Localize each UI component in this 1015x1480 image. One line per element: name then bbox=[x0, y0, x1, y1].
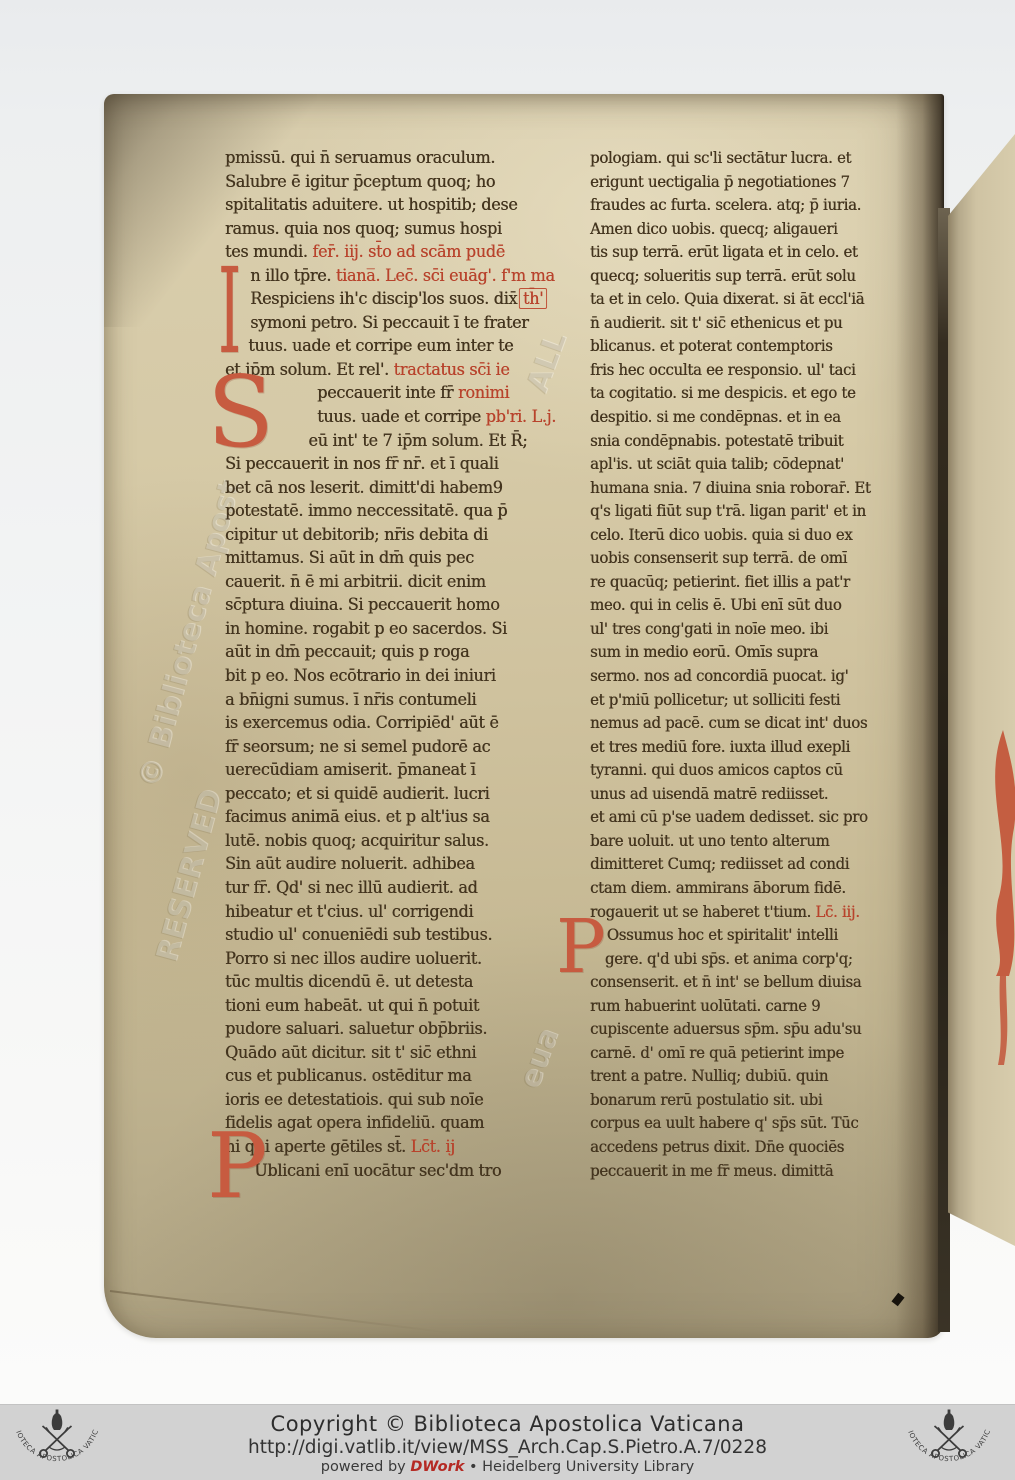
text-run: spitalitatis aduitere. ut hospitib; dese bbox=[225, 195, 517, 214]
manuscript-line: spitalitatis aduitere. ut hospitib; dese bbox=[225, 193, 555, 217]
text-run: Respiciens ih'c discip'los suos. dix̄ bbox=[250, 289, 517, 308]
text-run: pmissū. qui n̄ seruamus oraculum. bbox=[225, 148, 495, 167]
text-run: quecq; solueritis sup terrā. erūt solu bbox=[590, 266, 856, 285]
manuscript-line: uerecūdiam amiserit. p̄maneat ī bbox=[225, 758, 555, 782]
vatican-library-logo-right: BIBLIOTECA APOSTOLICA VATICANA bbox=[898, 1407, 1000, 1479]
manuscript-line: pmissū. qui n̄ seruamus oraculum. bbox=[225, 146, 555, 170]
manuscript-line: peccato; et si quidē audierit. lucri bbox=[225, 782, 555, 806]
text-run: n̄ audierit. sit t' sic̄ ethenicus et pu bbox=[590, 313, 842, 332]
manuscript-line: et ami cū p'se uadem dedisset. sic pro bbox=[590, 805, 889, 829]
text-run: corpus ea uult habere q' sp̄s sūt. Tūc bbox=[590, 1113, 858, 1132]
text-run: fr̄ seorsum; ne si semel pudorē ac bbox=[225, 737, 490, 756]
manuscript-line: bit p eo. Nos ecōtrario in dei iniuri bbox=[225, 664, 555, 688]
text-run: ramus. quia nos quoq; sumus hospi bbox=[225, 219, 502, 238]
manuscript-line: bare uoluit. ut uno tento alterum bbox=[590, 829, 889, 853]
manuscript-line: nemus ad pacē. cum se dicat int' duos bbox=[590, 711, 889, 735]
text-run: sc̄ptura diuina. Si peccauerit homo bbox=[225, 595, 500, 614]
manuscript-line: ramus. quia nos quoq; sumus hospi bbox=[225, 217, 555, 241]
text-run: cupiscente aduersus sp̄m. sp̄u adu'su bbox=[590, 1019, 861, 1038]
text-run: tyranni. qui duos amicos captos cū bbox=[590, 760, 843, 779]
manuscript-line: aūt in dm̄ peccauit; quis p roga bbox=[225, 640, 555, 664]
manuscript-line: sc̄ptura diuina. Si peccauerit homo bbox=[225, 593, 555, 617]
manuscript-line: q's ligati fiūt sup t'rā. ligan parit' e… bbox=[590, 499, 889, 523]
footer-text-block: Copyright © Biblioteca Apostolica Vatica… bbox=[0, 1405, 1015, 1480]
illuminated-initial-I: I bbox=[218, 252, 241, 370]
manuscript-line: accedens petrus dixit. Dn̄e quociēs bbox=[590, 1135, 889, 1159]
text-run: tur fr̄. Qd' si nec illū audierit. ad bbox=[225, 878, 477, 897]
footer-bar: Copyright © Biblioteca Apostolica Vatica… bbox=[0, 1404, 1015, 1480]
red-flourish-decoration bbox=[948, 130, 1015, 1246]
text-run: apl'is. ut sciāt quia talib; cōdepnat' bbox=[590, 454, 844, 473]
manuscript-line: tyranni. qui duos amicos captos cū bbox=[590, 758, 889, 782]
powered-by-suffix: • Heidelberg University Library bbox=[464, 1459, 694, 1475]
text-run: n illo tp̄re. bbox=[250, 266, 336, 285]
manuscript-line: et ip̄m solum. Et rel'. tractatus sc̄i i… bbox=[225, 358, 555, 382]
manuscript-line: symoni petro. Si peccauit ī te frater bbox=[225, 311, 555, 335]
text-run: re quacūq; petierint. fiet illis a pat'r bbox=[590, 572, 850, 591]
manuscript-line: Ublicani enī uocātur sec'dm tro bbox=[225, 1159, 555, 1183]
text-run: sermo. nos ad concordiā puocat. ig' bbox=[590, 666, 848, 685]
manuscript-line: hibeatur et t'cius. ul' corrigendi bbox=[225, 900, 555, 924]
text-run: bit p eo. Nos ecōtrario in dei iniuri bbox=[225, 666, 496, 685]
illuminated-initial-P-left: P bbox=[207, 1122, 268, 1212]
text-run: despitio. si me condēpnas. et in ea bbox=[590, 407, 841, 426]
source-url: http://digi.vatlib.it/view/MSS_Arch.Cap.… bbox=[248, 1437, 767, 1458]
text-run: unus ad uisendā matrē rediisset. bbox=[590, 784, 828, 803]
manuscript-line: consenserit. et n̄ int' se bellum diuisa bbox=[590, 970, 889, 994]
manuscript-line: ioris ee detestatiois. qui sub noīe bbox=[225, 1088, 555, 1112]
manuscript-line: carnē. d' omī re quā petierint impe bbox=[590, 1041, 889, 1065]
text-run: Ublicani enī uocātur sec'dm tro bbox=[254, 1161, 501, 1180]
vatican-library-logo-left: BIBLIOTECA APOSTOLICA VATICANA bbox=[6, 1407, 108, 1479]
text-run: pologiam. qui sc'li sectātur lucra. et bbox=[590, 148, 851, 167]
manuscript-line: bet cā nos leserit. dimitt'di habem9 bbox=[225, 476, 555, 500]
text-run: dimitteret Cumq; rediisset ad condi bbox=[590, 854, 849, 873]
manuscript-line: a bn̄igni sumus. ī nr̄is contumeli bbox=[225, 688, 555, 712]
manuscript-line: rogauerit ut se haberet t'tium. Lc̄. iij… bbox=[590, 900, 889, 924]
text-run: tuus. uade et corripe eum inter te bbox=[248, 336, 513, 355]
manuscript-line: facimus animā eius. et p alt'ius sa bbox=[225, 805, 555, 829]
manuscript-line: Respiciens ih'c discip'los suos. dix̄th̄… bbox=[225, 287, 555, 311]
text-run: consenserit. et n̄ int' se bellum diuisa bbox=[590, 972, 861, 991]
manuscript-line: Salubre ē igitur p̄ceptum quoq; ho bbox=[225, 170, 555, 194]
manuscript-line: fr̄ seorsum; ne si semel pudorē ac bbox=[225, 735, 555, 759]
text-run: hibeatur et t'cius. ul' corrigendi bbox=[225, 902, 473, 921]
crossed-keys-icon bbox=[932, 1426, 966, 1457]
powered-by-line: powered by DWork • Heidelberg University… bbox=[321, 1459, 695, 1475]
manuscript-line: fraudes ac furta. scelera. atq; p̄ iuria… bbox=[590, 193, 889, 217]
manuscript-line: et p'miū pollicetur; ut solliciti festi bbox=[590, 688, 889, 712]
manuscript-line: corpus ea uult habere q' sp̄s sūt. Tūc bbox=[590, 1111, 889, 1135]
manuscript-line: tis sup terrā. erūt ligata et in celo. e… bbox=[590, 240, 889, 264]
text-run: tioni eum habeāt. ut qui n̄ potuit bbox=[225, 996, 479, 1015]
manuscript-line: pologiam. qui sc'li sectātur lucra. et bbox=[590, 146, 889, 170]
text-run: nemus ad pacē. cum se dicat int' duos bbox=[590, 713, 867, 732]
watermark-text: RESERVED bbox=[149, 786, 229, 966]
parchment-crease bbox=[110, 1290, 453, 1334]
text-run: meo. qui in celis ē. Ubi enī sūt duo bbox=[590, 595, 841, 614]
manuscript-line: ta et in celo. Quia dixerat. si āt eccl'… bbox=[590, 287, 889, 311]
text-run: tuus. uade et corripe bbox=[317, 407, 486, 426]
text-run: accedens petrus dixit. Dn̄e quociēs bbox=[590, 1137, 844, 1156]
text-run: rogauerit ut se haberet t'tium. bbox=[590, 902, 815, 921]
text-run: bare uoluit. ut uno tento alterum bbox=[590, 831, 829, 850]
manuscript-line: apl'is. ut sciāt quia talib; cōdepnat' bbox=[590, 452, 889, 476]
manuscript-line: blicanus. et poterat contemptoris bbox=[590, 334, 889, 358]
text-run: studio ul' conueniēdi sub testibus. bbox=[225, 925, 492, 944]
text-run: Ossumus hoc et spiritalit' intelli bbox=[607, 925, 838, 944]
manuscript-line: in homine. rogabit p eo sacerdos. Si bbox=[225, 617, 555, 641]
text-run: ta cogitatio. si me despicis. et ego te bbox=[590, 383, 856, 402]
manuscript-line: tioni eum habeāt. ut qui n̄ potuit bbox=[225, 994, 555, 1018]
gutter-shadow bbox=[896, 94, 944, 1338]
text-run: cus et publicanus. ostēditur ma bbox=[225, 1066, 471, 1085]
text-run: Amen dico uobis. quecq; aligaueri bbox=[590, 219, 838, 238]
text-run: erigunt uectigalia p̄ negotiationes 7 bbox=[590, 172, 850, 191]
digitized-manuscript-view: © Biblioteca ApostRESERVEDALLeua pmissū.… bbox=[0, 0, 1015, 1480]
manuscript-line: eū int' te 7 ip̄m solum. Et R̄; bbox=[225, 429, 555, 453]
manuscript-line: rum habuerint uolūtati. carne 9 bbox=[590, 994, 889, 1018]
text-run: uobis consenserit sup terrā. de omī bbox=[590, 548, 847, 567]
rubric-run: Lc̄. iij. bbox=[815, 902, 859, 921]
manuscript-line: snia condēpnabis. potestatē tribuit bbox=[590, 429, 889, 453]
text-run: mittamus. Si aūt in dm̄ quis pec bbox=[225, 548, 474, 567]
adjacent-leaf-edge bbox=[948, 130, 1015, 1246]
manuscript-line: bonarum rerū postulatio sit. ubi bbox=[590, 1088, 889, 1112]
text-run: trent a patre. Nulliq; dubiū. quin bbox=[590, 1066, 828, 1085]
manuscript-line: Si peccauerit in nos fr̄ nr̄. et ī quali bbox=[225, 452, 555, 476]
manuscript-line: Quādo aūt dicitur. sit t' sic̄ ethni bbox=[225, 1041, 555, 1065]
manuscript-line: Sin aūt audire noluerit. adhibea bbox=[225, 852, 555, 876]
text-run: fris hec occulta ee responsio. ul' taci bbox=[590, 360, 856, 379]
text-run: peccauerit inte fr̄ bbox=[317, 383, 458, 402]
manuscript-line: quecq; solueritis sup terrā. erūt solu bbox=[590, 264, 889, 288]
manuscript-line: Ossumus hoc et spiritalit' intelli bbox=[590, 923, 889, 947]
manuscript-line: tuus. uade et corripe pb'ri. L.j. bbox=[225, 405, 555, 429]
manuscript-line: celo. Iterū dico uobis. quia si duo ex bbox=[590, 523, 889, 547]
text-run: ioris ee detestatiois. qui sub noīe bbox=[225, 1090, 483, 1109]
text-run: bonarum rerū postulatio sit. ubi bbox=[590, 1090, 822, 1109]
manuscript-line: tuus. uade et corripe eum inter te bbox=[225, 334, 555, 358]
text-run: potestatē. immo neccessitatē. qua p̄ bbox=[225, 501, 507, 520]
text-run: tis sup terrā. erūt ligata et in celo. e… bbox=[590, 242, 858, 261]
text-run: fraudes ac furta. scelera. atq; p̄ iuria… bbox=[590, 195, 861, 214]
manuscript-line: lutē. nobis quoq; acquiritur salus. bbox=[225, 829, 555, 853]
text-run: is exercemus odia. Corripiēd' aūt ē bbox=[225, 713, 499, 732]
text-run: ctam diem. ammirans āborum fidē. bbox=[590, 878, 846, 897]
manuscript-line: Amen dico uobis. quecq; aligaueri bbox=[590, 217, 889, 241]
manuscript-line: fris hec occulta ee responsio. ul' taci bbox=[590, 358, 889, 382]
text-run: peccauerit in me fr̄ meus. dimittā bbox=[590, 1161, 833, 1180]
text-run: aūt in dm̄ peccauit; quis p roga bbox=[225, 642, 469, 661]
text-run: snia condēpnabis. potestatē tribuit bbox=[590, 431, 843, 450]
text-run: et tres mediū fore. iuxta illud exepli bbox=[590, 737, 850, 756]
papal-tiara-icon bbox=[944, 1410, 955, 1431]
text-run: sum in medio eorū. Omīs supra bbox=[590, 642, 818, 661]
text-run: carnē. d' omī re quā petierint impe bbox=[590, 1043, 844, 1062]
manuscript-line: hi qui aperte gētiles st̄. Lc̄t. ij bbox=[225, 1135, 555, 1159]
powered-by-prefix: powered by bbox=[321, 1459, 411, 1475]
illuminated-initial-P-right: P bbox=[556, 910, 606, 984]
manuscript-line: mittamus. Si aūt in dm̄ quis pec bbox=[225, 546, 555, 570]
manuscript-line: uobis consenserit sup terrā. de omī bbox=[590, 546, 889, 570]
manuscript-line: peccauerit in me fr̄ meus. dimittā bbox=[590, 1159, 889, 1183]
text-run: ul' tres cong'gati in noīe meo. ibi bbox=[590, 619, 828, 638]
manuscript-line: studio ul' conueniēdi sub testibus. bbox=[225, 923, 555, 947]
manuscript-line: ta cogitatio. si me despicis. et ego te bbox=[590, 381, 889, 405]
illuminated-initial-S: S bbox=[207, 364, 274, 462]
manuscript-line: unus ad uisendā matrē rediisset. bbox=[590, 782, 889, 806]
manuscript-line: despitio. si me condēpnas. et in ea bbox=[590, 405, 889, 429]
manuscript-line: peccauerit inte fr̄ ronimi bbox=[225, 381, 555, 405]
manuscript-line: erigunt uectigalia p̄ negotiationes 7 bbox=[590, 170, 889, 194]
manuscript-line: potestatē. immo neccessitatē. qua p̄ bbox=[225, 499, 555, 523]
manuscript-line: cauerit. n̄ ē mi arbitrii. dicit enim bbox=[225, 570, 555, 594]
rubric-run: th̄' bbox=[519, 288, 547, 309]
text-run: bet cā nos leserit. dimitt'di habem9 bbox=[225, 478, 503, 497]
text-run: tūc multis dicendū ē. ut detesta bbox=[225, 972, 473, 991]
text-run: pudore saluari. saluetur obp̄briis. bbox=[225, 1019, 487, 1038]
manuscript-line: cupiscente aduersus sp̄m. sp̄u adu'su bbox=[590, 1017, 889, 1041]
copyright-line: Copyright © Biblioteca Apostolica Vatica… bbox=[271, 1412, 745, 1436]
manuscript-line: humana snia. 7 diuina snia roborar̄. Et bbox=[590, 476, 889, 500]
text-run: cipitur ut debitorib; nr̄is debita di bbox=[225, 525, 488, 544]
manuscript-line: is exercemus odia. Corripiēd' aūt ē bbox=[225, 711, 555, 735]
manuscript-line: trent a patre. Nulliq; dubiū. quin bbox=[590, 1064, 889, 1088]
manuscript-line: pudore saluari. saluetur obp̄briis. bbox=[225, 1017, 555, 1041]
text-run: in homine. rogabit p eo sacerdos. Si bbox=[225, 619, 507, 638]
text-run: eū int' te 7 ip̄m solum. Et R̄; bbox=[308, 431, 527, 450]
text-run: gere. q'd ubi sp̄s. et anima corp'q; bbox=[605, 949, 853, 968]
manuscript-line: cus et publicanus. ostēditur ma bbox=[225, 1064, 555, 1088]
text-column-right: pologiam. qui sc'li sectātur lucra. eter… bbox=[590, 146, 889, 1182]
text-run: et p'miū pollicetur; ut solliciti festi bbox=[590, 690, 840, 709]
manuscript-line: tur fr̄. Qd' si nec illū audierit. ad bbox=[225, 876, 555, 900]
manuscript-line: dimitteret Cumq; rediisset ad condi bbox=[590, 852, 889, 876]
text-run: rum habuerint uolūtati. carne 9 bbox=[590, 996, 820, 1015]
text-run: q's ligati fiūt sup t'rā. ligan parit' e… bbox=[590, 501, 866, 520]
text-run: lutē. nobis quoq; acquiritur salus. bbox=[225, 831, 489, 850]
rubric-run: ronimi bbox=[458, 383, 509, 402]
text-run: Sin aūt audire noluerit. adhibea bbox=[225, 854, 475, 873]
text-run: blicanus. et poterat contemptoris bbox=[590, 336, 833, 355]
manuscript-line: tes mundi. fer̄. iij. st̄o ad scām pudē bbox=[225, 240, 555, 264]
rubric-run: tractatus sc̄i ie bbox=[394, 360, 510, 379]
text-run: symoni petro. Si peccauit ī te frater bbox=[250, 313, 528, 332]
text-run: Salubre ē igitur p̄ceptum quoq; ho bbox=[225, 172, 495, 191]
manuscript-line: n̄ audierit. sit t' sic̄ ethenicus et pu bbox=[590, 311, 889, 335]
rubric-run: fer̄. iij. st̄o ad scām pudē bbox=[312, 242, 505, 261]
manuscript-line: meo. qui in celis ē. Ubi enī sūt duo bbox=[590, 593, 889, 617]
rubric-run: tiana̅. Lec̄. sc̄i euāg'. f'm ma bbox=[336, 266, 555, 285]
rubric-run: Lc̄t. ij bbox=[411, 1137, 455, 1156]
text-run: facimus animā eius. et p alt'ius sa bbox=[225, 807, 490, 826]
text-run: cauerit. n̄ ē mi arbitrii. dicit enim bbox=[225, 572, 486, 591]
text-run: uerecūdiam amiserit. p̄maneat ī bbox=[225, 760, 475, 779]
text-run: Porro si nec illos audire uoluerit. bbox=[225, 949, 482, 968]
manuscript-line: fidelis agat opera infideliū. quam bbox=[225, 1111, 555, 1135]
text-run: humana snia. 7 diuina snia roborar̄. Et bbox=[590, 478, 871, 497]
manuscript-line: re quacūq; petierint. fiet illis a pat'r bbox=[590, 570, 889, 594]
text-run: a bn̄igni sumus. ī nr̄is contumeli bbox=[225, 690, 476, 709]
manuscript-line: n illo tp̄re. tiana̅. Lec̄. sc̄i euāg'. … bbox=[225, 264, 555, 288]
manuscript-page: © Biblioteca ApostRESERVEDALLeua pmissū.… bbox=[104, 94, 944, 1338]
rubric-run: pb'ri. L.j. bbox=[486, 407, 556, 426]
manuscript-line: cipitur ut debitorib; nr̄is debita di bbox=[225, 523, 555, 547]
manuscript-line: et tres mediū fore. iuxta illud exepli bbox=[590, 735, 889, 759]
text-run: ta et in celo. Quia dixerat. si āt eccl'… bbox=[590, 289, 864, 308]
manuscript-line: sum in medio eorū. Omīs supra bbox=[590, 640, 889, 664]
papal-tiara-icon bbox=[52, 1410, 63, 1431]
manuscript-line: gere. q'd ubi sp̄s. et anima corp'q; bbox=[590, 947, 889, 971]
manuscript-line: ctam diem. ammirans āborum fidē. bbox=[590, 876, 889, 900]
text-run: et ami cū p'se uadem dedisset. sic pro bbox=[590, 807, 868, 826]
text-run: celo. Iterū dico uobis. quia si duo ex bbox=[590, 525, 852, 544]
manuscript-line: Porro si nec illos audire uoluerit. bbox=[225, 947, 555, 971]
manuscript-line: sermo. nos ad concordiā puocat. ig' bbox=[590, 664, 889, 688]
manuscript-line: tūc multis dicendū ē. ut detesta bbox=[225, 970, 555, 994]
text-column-left: pmissū. qui n̄ seruamus oraculum.Salubre… bbox=[225, 146, 555, 1182]
text-run: peccato; et si quidē audierit. lucri bbox=[225, 784, 489, 803]
manuscript-line: ul' tres cong'gati in noīe meo. ibi bbox=[590, 617, 889, 641]
dwork-brand: DWork bbox=[410, 1459, 464, 1475]
text-run: Quādo aūt dicitur. sit t' sic̄ ethni bbox=[225, 1043, 476, 1062]
crossed-keys-icon bbox=[40, 1426, 74, 1457]
